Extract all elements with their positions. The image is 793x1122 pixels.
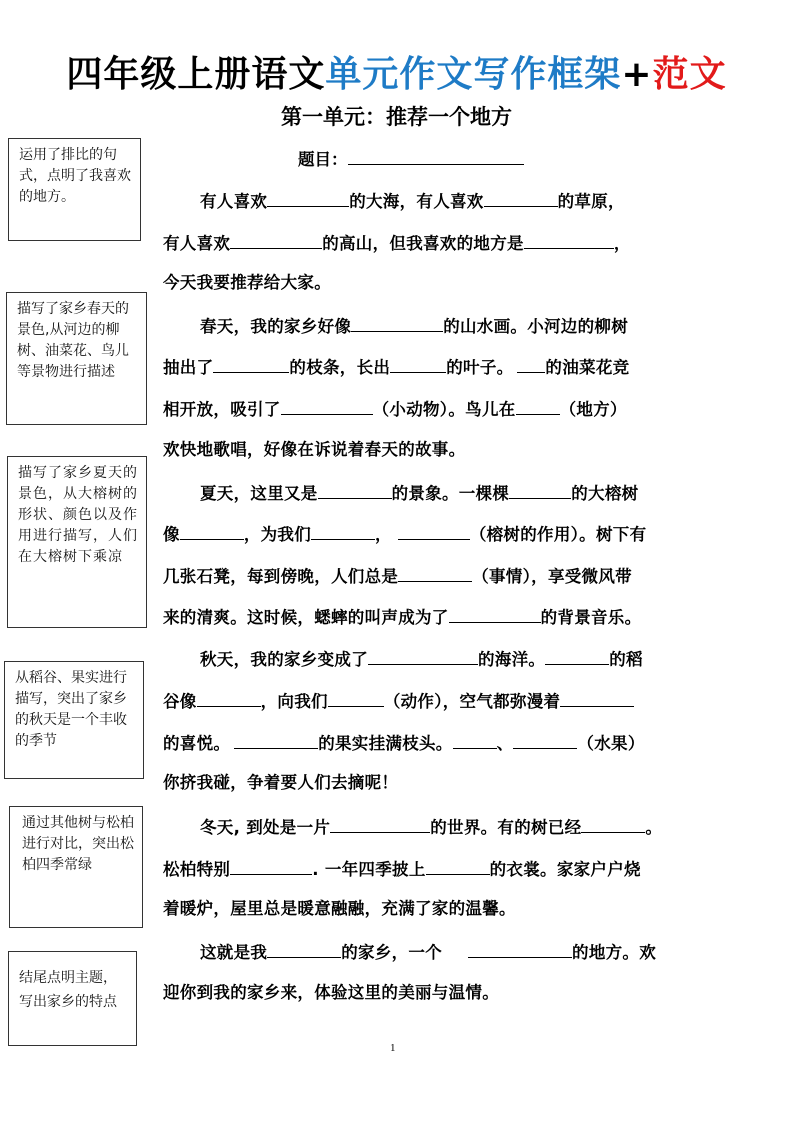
p4-line-1: 秋天，我的家乡变成了的海洋。的稻 — [200, 646, 643, 672]
text: 的景象。一棵棵 — [392, 484, 510, 503]
fill-blank[interactable] — [230, 856, 312, 875]
text: 的叶子。 — [446, 358, 513, 377]
p2-line-2: 抽出了的枝条，长出的叶子。的油菜花竞 — [163, 354, 629, 380]
text: 的稻 — [609, 650, 643, 669]
text: ，为我们 — [244, 525, 311, 544]
text: 秋天，我的家乡变成了 — [200, 650, 368, 669]
text: 的背景音乐。 — [541, 608, 642, 627]
p1-line-3: 今天我要推荐给大家。 — [163, 271, 331, 295]
p2-line-3: 相开放，吸引了（小动物）。鸟儿在（地方） — [163, 396, 627, 422]
p3-line-1: 夏天，这里又是的景象。一棵棵的大榕树 — [200, 480, 638, 506]
fill-blank[interactable] — [581, 814, 645, 833]
annotation-note-4: 从稻谷、果实进行描写，突出了家乡的秋天是一个丰收的季节 — [4, 661, 144, 779]
p6-line-1: 这就是我的家乡，一个的地方。欢 — [200, 939, 656, 965]
fill-blank[interactable] — [426, 856, 490, 875]
text: ，向我们 — [261, 692, 328, 711]
text: ， — [375, 525, 392, 544]
fill-blank[interactable] — [390, 354, 446, 373]
text: 的大榕树 — [571, 484, 638, 503]
fill-blank[interactable] — [453, 730, 497, 749]
fill-blank[interactable] — [328, 688, 384, 707]
annotation-note-3: 描写了家乡夏天的景色，从大榕树的形状、颜色以及作用进行描写，人们在大榕树下乘凉 — [7, 456, 147, 628]
fill-blank[interactable] — [545, 646, 609, 665]
text: 的地方。欢 — [572, 943, 656, 962]
fill-blank[interactable] — [524, 230, 614, 249]
page-number: 1 — [390, 1042, 396, 1054]
text: 松柏特别 — [163, 860, 230, 879]
fill-blank[interactable] — [281, 396, 373, 415]
fill-blank[interactable] — [398, 521, 470, 540]
fill-blank[interactable] — [513, 730, 577, 749]
text: （水果） — [577, 734, 644, 753]
fill-blank[interactable] — [509, 480, 571, 499]
fill-blank[interactable] — [398, 563, 472, 582]
text: ， — [614, 234, 631, 253]
text: 冬天, 到处是一片 — [200, 818, 330, 837]
topic-blank[interactable] — [348, 146, 524, 165]
text: 的家乡，一个 — [341, 943, 442, 962]
text: 的大海，有人喜欢 — [349, 192, 483, 211]
title-part-grade: 四年级上册语文 — [66, 54, 325, 95]
text: 春天，我的家乡好像 — [200, 317, 351, 336]
fill-blank[interactable] — [468, 939, 572, 958]
fill-blank[interactable] — [267, 939, 341, 958]
p5-line-1: 冬天, 到处是一片的世界。有的树已经。 — [200, 814, 662, 840]
p5-line-3: 着暖炉，屋里总是暖意融融，充满了家的温馨。 — [163, 897, 516, 921]
fill-blank[interactable] — [234, 730, 318, 749]
text: 来的清爽。这时候，蟋蟀的叫声成为了 — [163, 608, 449, 627]
fill-blank[interactable] — [368, 646, 478, 665]
text: 夏天，这里又是 — [200, 484, 318, 503]
fill-blank[interactable] — [213, 354, 289, 373]
text: 这就是我 — [200, 943, 267, 962]
title-part-framework: 单元作文写作框架 — [325, 54, 621, 95]
p3-line-2: 像，为我们，（榕树的作用）。树下有 — [163, 521, 646, 547]
fill-blank[interactable] — [517, 354, 545, 373]
text: 抽出了 — [163, 358, 213, 377]
text: 的果实挂满枝头。 — [318, 734, 452, 753]
text: （动作），空气都弥漫着 — [384, 692, 561, 711]
topic-label: 题目： — [298, 150, 348, 169]
text: 的山水画。小河边的柳树 — [443, 317, 628, 336]
p5-line-2: 松柏特别. 一年四季披上的衣裳。家家户户烧 — [163, 856, 641, 882]
title-part-sample: 范文 — [653, 54, 727, 95]
title-part-plus: + — [621, 54, 652, 95]
p2-line-1: 春天，我的家乡好像的山水画。小河边的柳树 — [200, 313, 628, 339]
text: （小动物）。鸟儿在 — [373, 400, 516, 419]
fill-blank[interactable] — [230, 230, 322, 249]
fill-blank[interactable] — [484, 188, 558, 207]
text: 的草原， — [558, 192, 625, 211]
fill-blank[interactable] — [180, 521, 244, 540]
fill-blank[interactable] — [197, 688, 261, 707]
p3-line-3: 几张石凳，每到傍晚，人们总是（事情），享受微风带 — [163, 563, 632, 589]
text: . 一年四季披上 — [312, 860, 425, 879]
topic-line: 题目： — [298, 146, 524, 172]
text: 像 — [163, 525, 180, 544]
document-title: 四年级上册语文单元作文写作框架+范文 — [0, 50, 793, 100]
fill-blank[interactable] — [330, 814, 430, 833]
fill-blank[interactable] — [311, 521, 375, 540]
annotation-note-2: 描写了家乡春天的景色,从河边的柳树、油菜花、鸟儿等景物进行描述 — [6, 292, 147, 425]
text: 、 — [497, 734, 514, 753]
text: 的高山，但我喜欢的地方是 — [322, 234, 524, 253]
text: 的枝条，长出 — [289, 358, 390, 377]
text: 谷像 — [163, 692, 197, 711]
text: 。 — [645, 818, 662, 837]
annotation-note-6: 结尾点明主题，写出家乡的特点 — [8, 951, 137, 1046]
text: 几张石凳，每到傍晚，人们总是 — [163, 567, 398, 586]
text: 的衣裳。家家户户烧 — [490, 860, 641, 879]
fill-blank[interactable] — [318, 480, 392, 499]
fill-blank[interactable] — [351, 313, 443, 332]
unit-subtitle: 第一单元：推荐一个地方 — [0, 101, 793, 133]
text: （地方） — [560, 400, 627, 419]
text: 有人喜欢 — [200, 192, 267, 211]
p6-line-2: 迎你到我的家乡来，体验这里的美丽与温情。 — [163, 981, 499, 1005]
text: （榕树的作用）。树下有 — [470, 525, 647, 544]
fill-blank[interactable] — [267, 188, 349, 207]
p4-line-3: 的喜悦。的果实挂满枝头。、（水果） — [163, 730, 645, 756]
text: 相开放，吸引了 — [163, 400, 281, 419]
p3-line-4: 来的清爽。这时候，蟋蟀的叫声成为了的背景音乐。 — [163, 604, 641, 630]
text: 的海洋。 — [478, 650, 545, 669]
p4-line-4: 你挤我碰，争着要人们去摘呢！ — [163, 771, 398, 795]
p4-line-2: 谷像，向我们（动作），空气都弥漫着 — [163, 688, 634, 714]
fill-blank[interactable] — [516, 396, 560, 415]
p1-line-1: 有人喜欢的大海，有人喜欢的草原， — [200, 188, 625, 214]
text: 有人喜欢 — [163, 234, 230, 253]
text: 的喜悦。 — [163, 734, 230, 753]
p2-line-4: 欢快地歌唱，好像在诉说着春天的故事。 — [163, 438, 465, 462]
text: 的油菜花竞 — [545, 358, 629, 377]
annotation-note-5: 通过其他树与松柏进行对比，突出松柏四季常绿 — [9, 806, 143, 928]
text: 的世界。有的树已经 — [430, 818, 581, 837]
fill-blank[interactable] — [560, 688, 634, 707]
fill-blank[interactable] — [449, 604, 541, 623]
text: （事情），享受微风带 — [472, 567, 632, 586]
p1-line-2: 有人喜欢的高山，但我喜欢的地方是， — [163, 230, 631, 256]
annotation-note-1: 运用了排比的句式，点明了我喜欢的地方。 — [8, 138, 141, 241]
